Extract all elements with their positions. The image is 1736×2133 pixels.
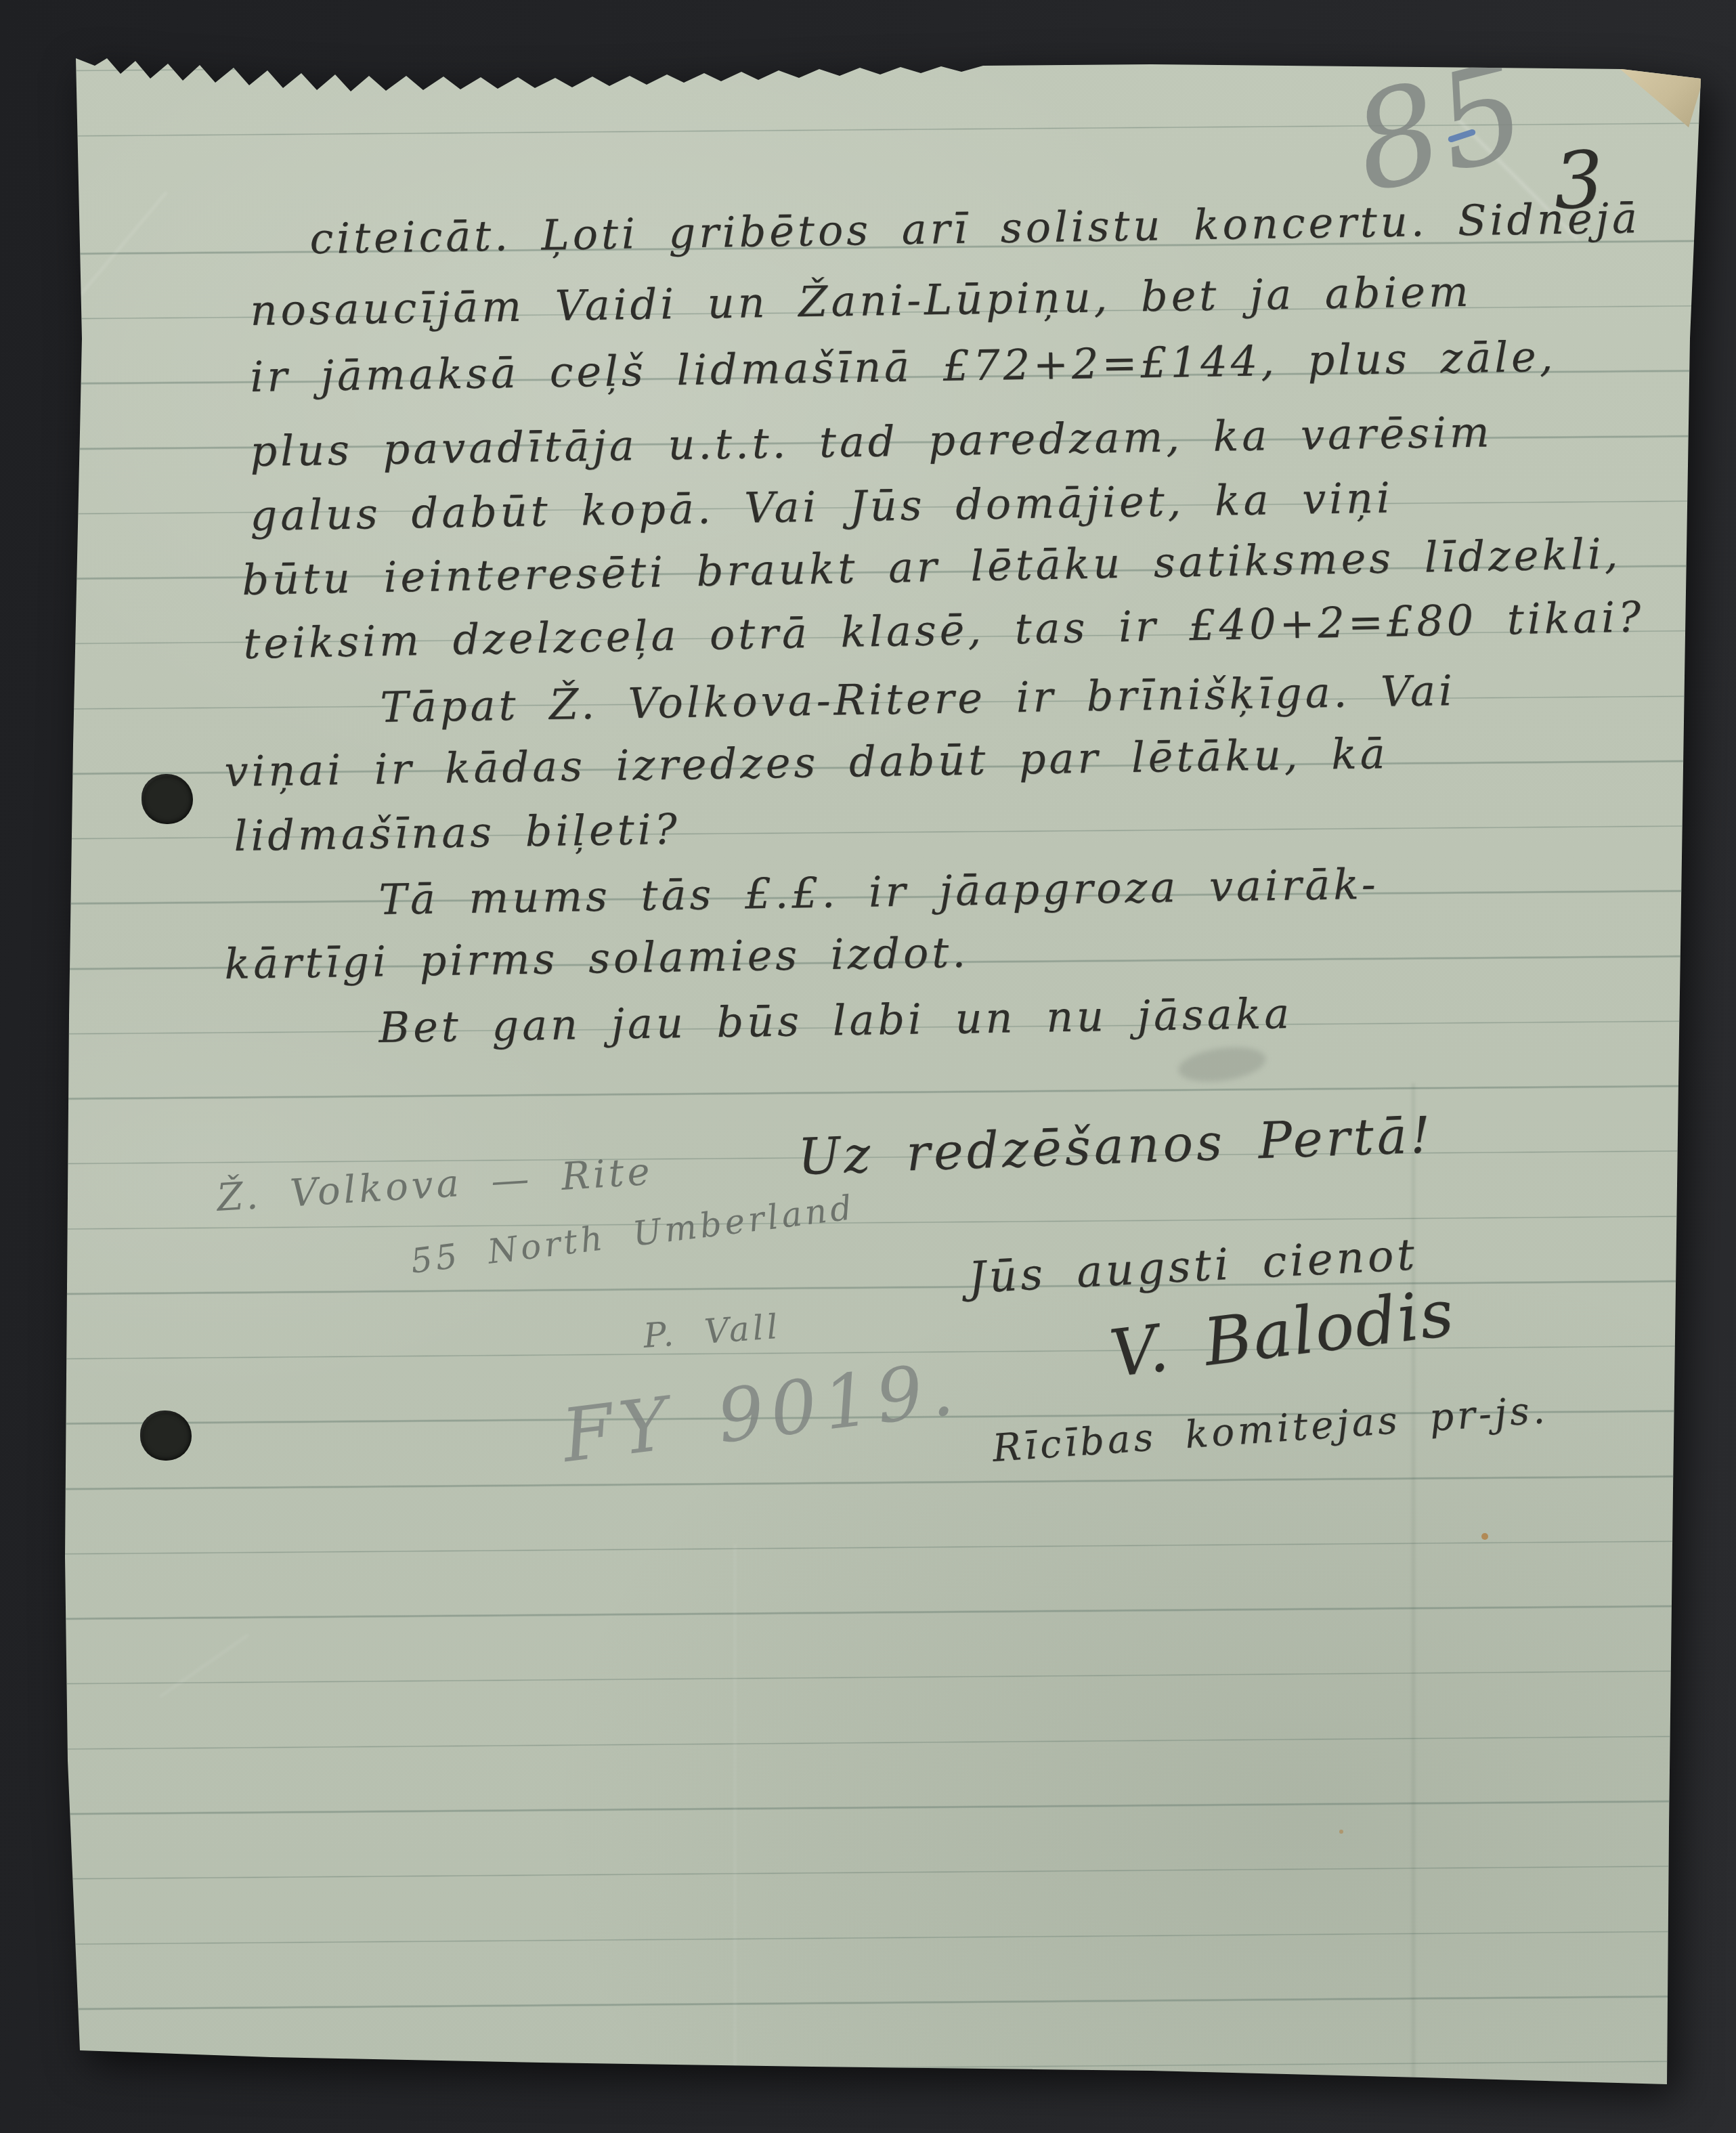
paper-shadow-wrap: 85 3 citeicāt. Ļoti gribētos arī solistu… xyxy=(0,0,1736,2133)
letter-paper: 85 3 citeicāt. Ļoti gribētos arī solistu… xyxy=(0,0,1736,2133)
crease xyxy=(734,1544,736,2126)
scanned-letter-page: 85 3 citeicāt. Ļoti gribētos arī solistu… xyxy=(0,0,1736,2133)
stain-dot xyxy=(1339,1830,1343,1834)
body-line: lidmašīnas biļeti? xyxy=(234,809,680,857)
punch-hole-bottom xyxy=(140,1410,192,1461)
punch-hole-top xyxy=(142,774,193,824)
body-line: kārtīgi pirms solamies izdot. xyxy=(224,932,969,985)
stain-dot xyxy=(1481,1533,1488,1540)
archive-number-pencil: 85 xyxy=(1341,43,1539,212)
pencil-address-line2: P. Vall xyxy=(643,1310,783,1353)
